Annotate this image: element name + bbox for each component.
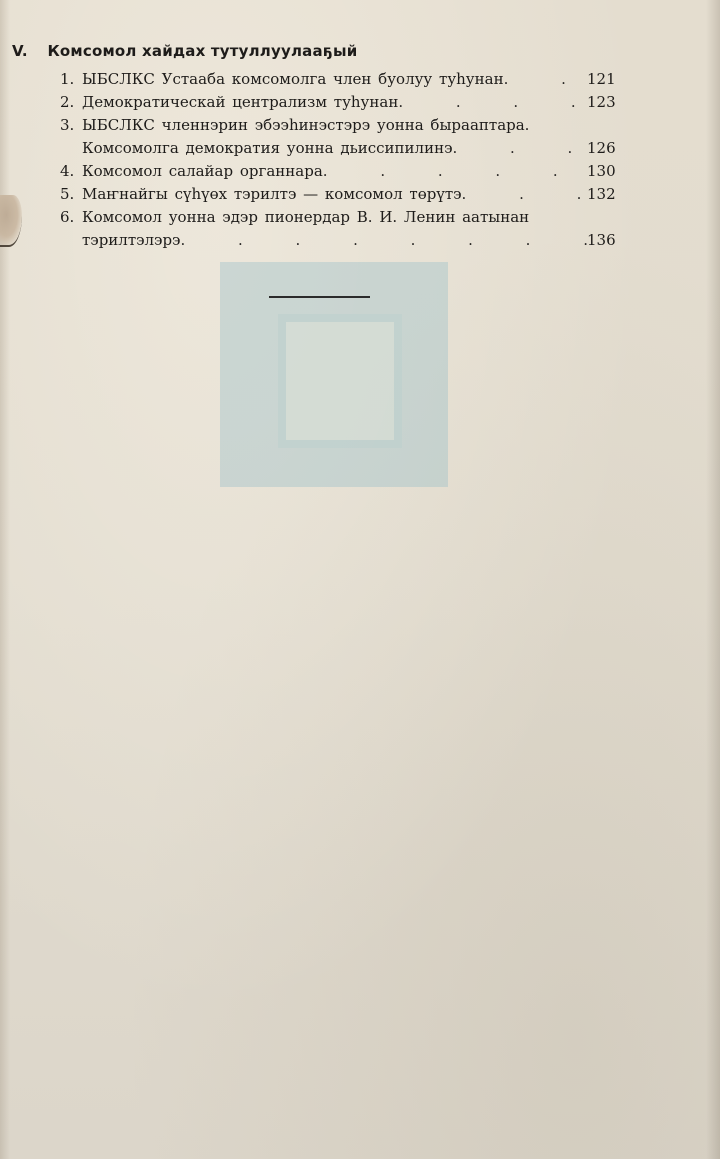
toc-item-page: 132 — [587, 183, 615, 206]
toc-item-title: Маҥнайгы сүһүөх тэрилтэ — комсомол төрүт… — [82, 183, 462, 206]
toc-item-title: Демократическай централизм туһунан — [82, 91, 398, 114]
toc-item-page: 130 — [587, 160, 615, 183]
toc-item[interactable]: 3. ЫБСЛКС членнэрин эбээһинэстэрэ уонна … — [60, 114, 615, 160]
section-heading: V. Комсомол хайдах тутуллуулааҕый — [12, 42, 358, 60]
toc-item[interactable]: 6. Комсомол уонна эдэр пионердар В. И. Л… — [60, 206, 615, 252]
section-number: V. — [12, 42, 42, 60]
toc-item-page: 136 — [587, 229, 615, 252]
toc-item[interactable]: 4. Комсомол салайар органнара . . . . . … — [60, 160, 615, 183]
toc-item-title: Комсомол салайар органнара — [82, 160, 323, 183]
toc-item-number: 1. — [60, 68, 82, 91]
toc-item-number: 3. — [60, 114, 82, 137]
toc-item-title-continued: тэрилтэлэрэ — [82, 229, 180, 252]
dot-leader: . . . . . . . . . . . . . . . — [452, 137, 587, 160]
toc-item-number: 2. — [60, 91, 82, 114]
section-separator-rule — [269, 296, 370, 298]
toc-item-title: Комсомол уонна эдэр пионердар В. И. Лени… — [82, 206, 529, 229]
dot-leader: . . . . . . . . . . . . . . . — [462, 183, 587, 206]
page-edge-right — [706, 0, 720, 1159]
page-stain — [0, 195, 22, 247]
toc-item[interactable]: 2. Демократическай централизм туһунан . … — [60, 91, 615, 114]
toc-item-page: 123 — [587, 91, 615, 114]
toc-item-page: 121 — [587, 68, 615, 91]
dot-leader: . . . . . . . . . . . . . . . — [398, 91, 587, 114]
stamp-inner-frame — [278, 314, 402, 448]
table-of-contents: 1. ЫБСЛКС Устааба комсомолга члeн буолуу… — [60, 68, 615, 252]
toc-item-title: ЫБСЛКС Устааба комсомолга члeн буолуу ту… — [82, 68, 504, 91]
toc-item[interactable]: 5. Маҥнайгы сүһүөх тэрилтэ — комсомол тө… — [60, 183, 615, 206]
toc-item-number: 4. — [60, 160, 82, 183]
toc-item-number: 6. — [60, 206, 82, 229]
dot-leader: . . . . . . . . . . . . . . . — [504, 68, 587, 91]
toc-item-title: ЫБСЛКС членнэрин эбээһинэстэрэ уонна быр… — [82, 114, 529, 137]
section-title: Комсомол хайдах тутуллуулааҕый — [47, 42, 357, 60]
toc-item-title-continued: Комсомолга демократия уонна дьиссипилинэ — [82, 137, 452, 160]
toc-item-page: 126 — [587, 137, 615, 160]
toc-item[interactable]: 1. ЫБСЛКС Устааба комсомолга члeн буолуу… — [60, 68, 615, 91]
toc-item-number: 5. — [60, 183, 82, 206]
dot-leader: . . . . . . . . . . . . . . . — [323, 160, 587, 183]
dot-leader: . . . . . . . . . . . . . . . — [180, 229, 587, 252]
page-edge-left — [0, 0, 10, 1159]
